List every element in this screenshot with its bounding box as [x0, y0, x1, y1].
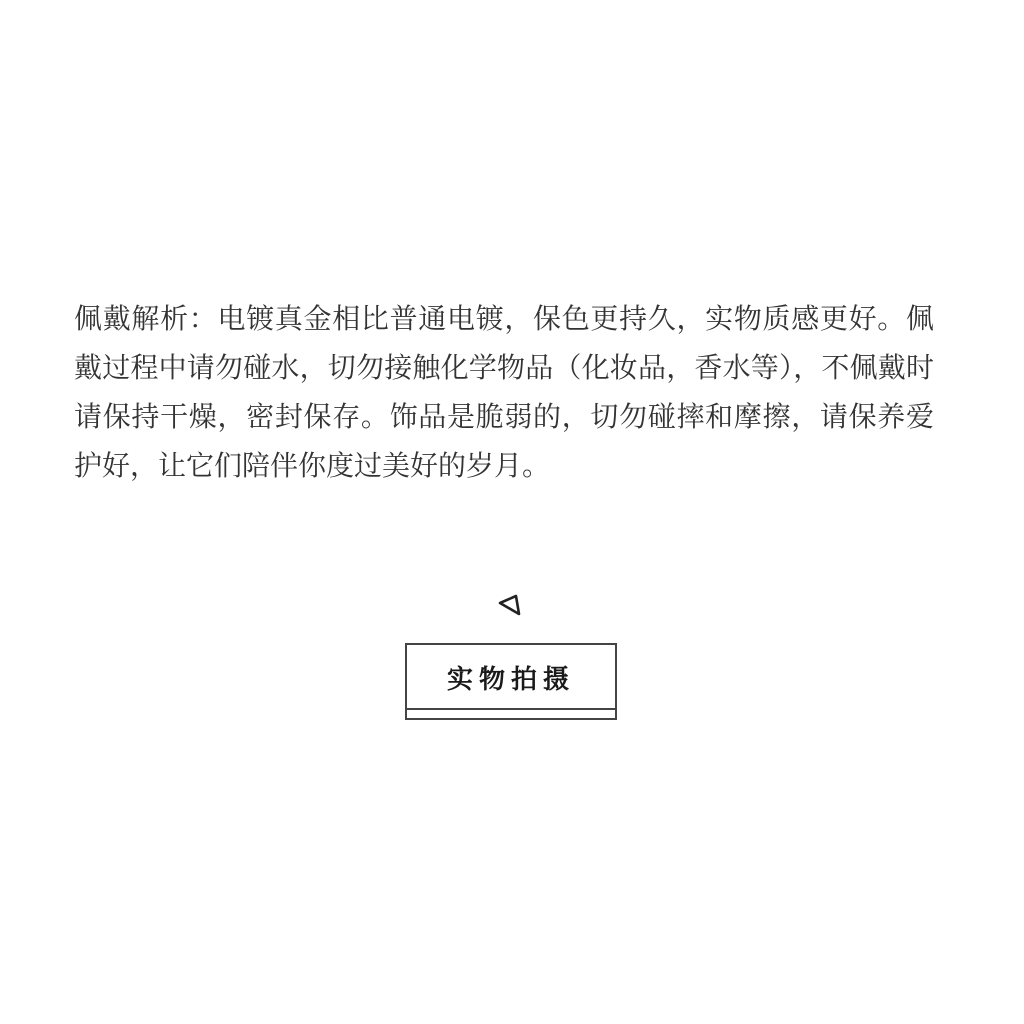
label-box-divider	[407, 708, 615, 710]
section-label-box: 实物拍摄	[405, 643, 617, 720]
section-label-real-photos: 实物拍摄	[407, 659, 615, 696]
triangle-outline-icon	[497, 592, 523, 618]
care-instructions-text: 佩戴解析：电镀真金相比普通电镀，保色更持久，实物质感更好。佩戴过程中请勿碰水，切…	[74, 294, 934, 490]
